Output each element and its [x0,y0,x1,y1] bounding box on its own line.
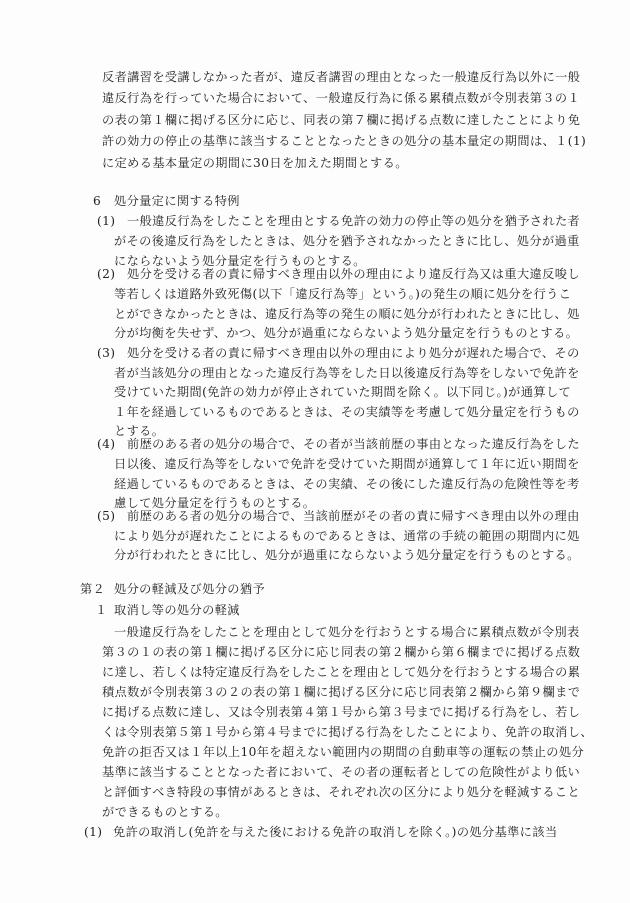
text-line: に掲げる点数に達し、又は令別表第４第１号から第３号までに掲げる行為をし、若し [102,705,580,719]
text-line: により処分が遅れたことによるものであるときは、通常の手続の範囲の期間内に処 [114,529,580,543]
text-line: 処分を受ける者の責に帰すべき理由以外の理由により処分が遅れた場合で、その [127,346,580,360]
section-heading: 処分量定に関する特例 [114,194,240,208]
text-line: ができるものとする。 [102,805,228,819]
item-label: (1) [84,825,102,839]
text-line: 分が行われたときに比し、処分が過重にならないよう処分量定を行うものとする。 [114,548,580,562]
text-line: 違反行為を行っていた場合において、一般違反行為に係る累積点数が令別表第３の１ [102,91,580,105]
text-line: くは令別表第５第１号から第４号までに掲げる行為をしたことにより、免許の取消し、 [102,725,593,739]
subsection-number: １ [95,603,108,617]
item-label: (1) [97,214,115,228]
text-line: とができなかったときは、違反行為等の発生の順に処分が行われたときに比し、処 [114,307,580,321]
text-line: の表の第１欄に掲げる区分に応じ、同表の第７欄に掲げる点数に達したことにより免 [102,113,580,127]
section-number: 6 [93,194,101,208]
text-line: 処分を受ける者の責に帰すべき理由以外の理由により違反行為又は重大違反唆し [127,267,580,281]
part-heading: 処分の軽減及び処分の猶予 [114,582,265,596]
item-label: (4) [97,437,115,451]
text-line: に定める基本量定の期間に30日を加えた期間とする。 [102,156,408,170]
text-line: 等若しくは道路外致死傷(以下「違反行為等」という。)の発生の順に処分を行うこ [114,287,571,301]
document-page: 反者講習を受講しなかった者が、違反者講習の理由となった一般違反行為以外に一般 違… [0,0,630,903]
text-line: 反者講習を受講しなかった者が、違反者講習の理由となった一般違反行為以外に一般 [102,70,580,84]
text-line: と評価すべき特段の事情があるときは、それぞれ次の区分により処分を軽減すること [102,785,580,799]
text-line: 前歴のある者の処分の場合で、その者が当該前歴の事由となった違反行為をした [127,437,580,451]
text-line: とする。 [114,424,164,438]
text-line: 経過しているものであるときは、その実績、その後にした違反行為の危険性等を考 [114,477,580,491]
text-line: 一般違反行為をしたことを理由として処分を行おうとする場合に累積点数が令別表 [114,625,580,639]
text-line: にならないよう処分量定を行うものとする。 [114,254,366,268]
text-line: 基準に該当することとなった者において、その者の運転者としての危険性がより低い [102,765,580,779]
item-label: (5) [97,509,115,523]
text-line: がその後違反行為をしたときは、処分を猶予されなかったときに比し、処分が過重 [114,234,580,248]
text-line: １年を経過しているものであるときは、その実績等を考慮して処分量定を行うもの [114,405,580,419]
text-line: 者が当該処分の理由となった違反行為等をした日以後違反行為等をしないで免許を [114,366,580,380]
text-line: 分が均衡を失せず、かつ、処分が過重にならないよう処分量定を行うものとする。 [114,326,578,340]
subsection-heading: 取消し等の処分の軽減 [114,603,240,617]
text-line: 許の効力の停止の基準に該当することとなったときの処分の基本量定の期間は、１(1) [102,134,586,148]
item-label: (2) [97,267,115,281]
item-label: (3) [97,346,115,360]
part-number: 第２ [80,582,105,596]
text-line: 一般違反行為をしたことを理由とする免許の効力の停止等の処分を猶予された者 [127,214,580,228]
text-line: 受けていた期間(免許の効力が停止されていた期間を除く。以下同じ。)が通算して [114,385,571,399]
text-line: 慮して処分量定を行うものとする。 [114,496,315,510]
text-line: 免許の拒否又は１年以上10年を超えない範囲内の期間の自動車等の運転の禁止の処分 [102,745,584,759]
text-line: 第３の１の表の第１欄に掲げる区分に応じ同表の第２欄から第６欄までに掲げる点数 [102,645,580,659]
text-line: 積点数が令別表第３の２の表の第１欄に掲げる区分に応じ同表第２欄から第９欄まで [102,685,580,699]
text-line: に達し、若しくは特定違反行為をしたことを理由として処分を行おうとする場合の累 [102,665,580,679]
text-line: 前歴のある者の処分の場合で、当該前歴がその者の責に帰すべき理由以外の理由 [127,509,580,523]
text-line: 日以後、違反行為等をしないで免許を受けていた期間が通算して１年に近い期間を [114,457,580,471]
text-line: 免許の取消し(免許を与えた後における免許の取消しを除く。)の処分基準に該当 [113,825,558,839]
